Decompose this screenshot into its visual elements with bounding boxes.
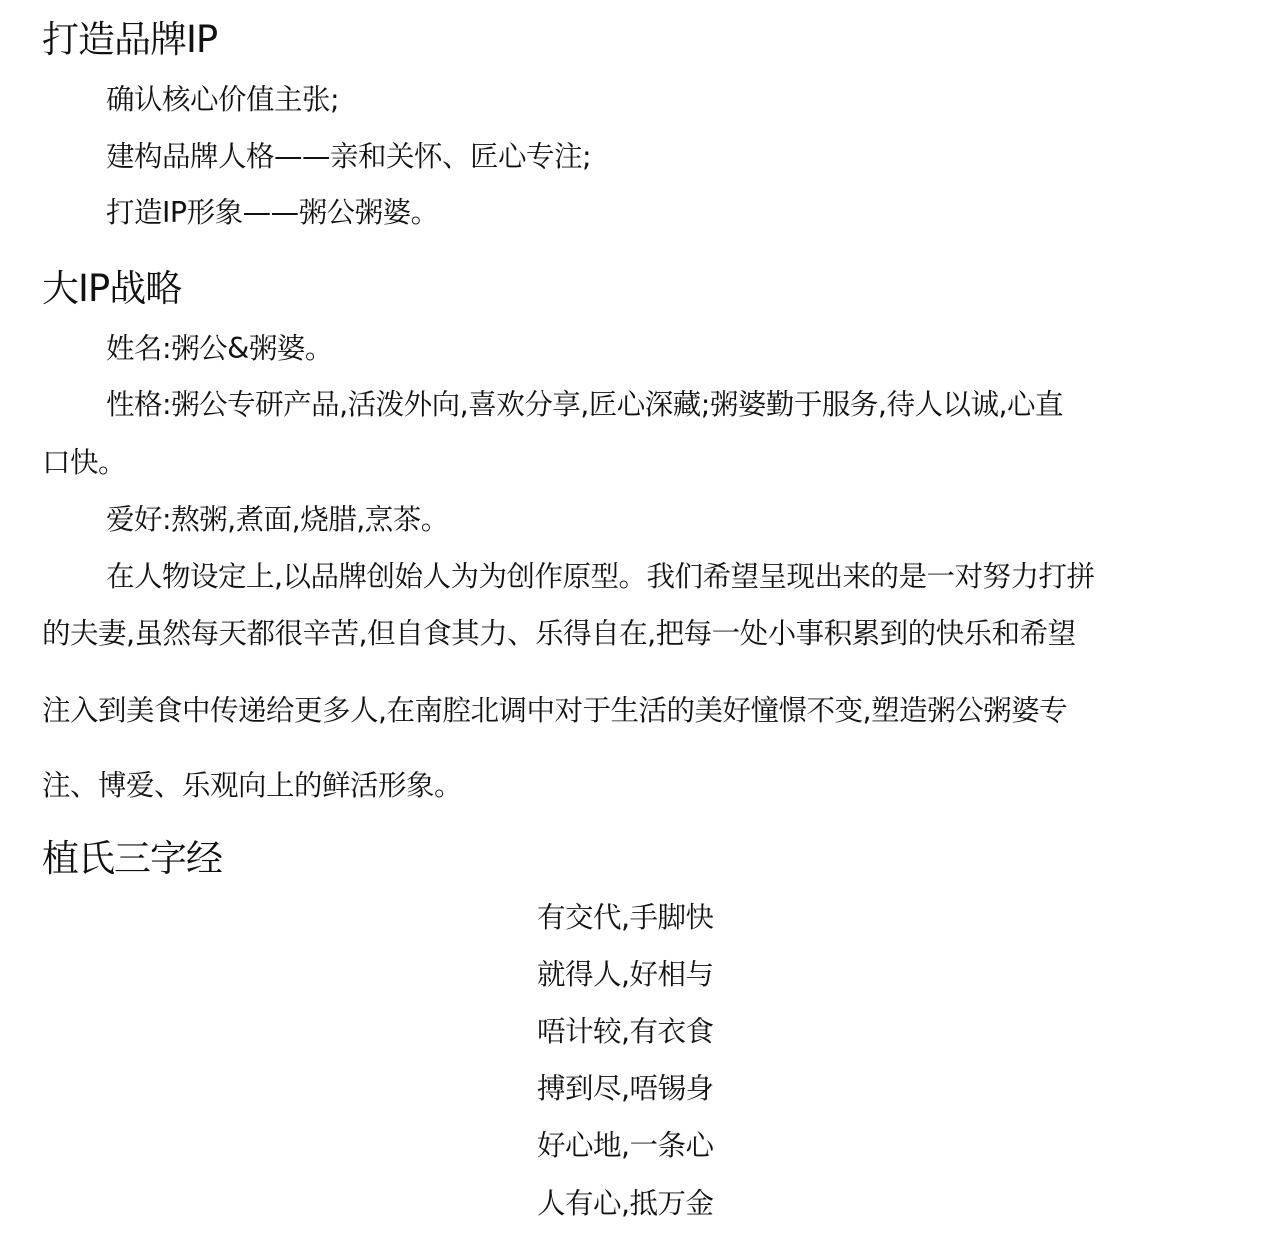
brand-ip-line-personality: 建构品牌人格——亲和关怀、匠心专注;: [106, 143, 591, 172]
poem-line-4: 搏到尽,唔锡身: [537, 1075, 714, 1104]
poem-line-6: 人有心,抵万金: [537, 1190, 714, 1219]
section-heading-three-character-classic: 植氏三字经: [42, 840, 222, 877]
section-heading-brand-ip: 打造品牌IP: [42, 21, 217, 58]
poem-line-2: 就得人,好相与: [537, 961, 714, 990]
ip-paragraph-line-4: 注、博爱、乐观向上的鲜活形象。: [42, 772, 462, 801]
ip-paragraph-line-2: 的夫妻,虽然每天都很辛苦,但自食其力、乐得自在,把每一处小事积累到的快乐和希望: [42, 620, 1076, 649]
ip-paragraph-line-1: 在人物设定上,以品牌创始人为为创作原型。我们希望呈现出来的是一对努力打拼: [106, 563, 1095, 592]
section-heading-ip-strategy: 大IP战略: [42, 270, 181, 307]
ip-personality-line-continued: 口快。: [42, 449, 126, 478]
brand-ip-line-image: 打造IP形象——粥公粥婆。: [106, 199, 439, 228]
ip-paragraph-line-3: 注入到美食中传递给更多人,在南腔北调中对于生活的美好憧憬不变,塑造粥公粥婆专: [42, 697, 1067, 726]
ip-hobby-line: 爱好:熬粥,煮面,烧腊,烹茶。: [106, 506, 449, 535]
ip-personality-line: 性格:粥公专研产品,活泼外向,喜欢分享,匠心深藏;粥婆勤于服务,待人以诚,心直: [106, 391, 1063, 420]
poem-line-1: 有交代,手脚快: [537, 904, 714, 933]
poem-line-3: 唔计较,有衣食: [537, 1018, 714, 1047]
brand-ip-line-value: 确认核心价值主张;: [106, 86, 339, 115]
ip-name-line: 姓名:粥公&粥婆。: [106, 335, 333, 364]
poem-line-5: 好心地,一条心: [537, 1132, 714, 1161]
